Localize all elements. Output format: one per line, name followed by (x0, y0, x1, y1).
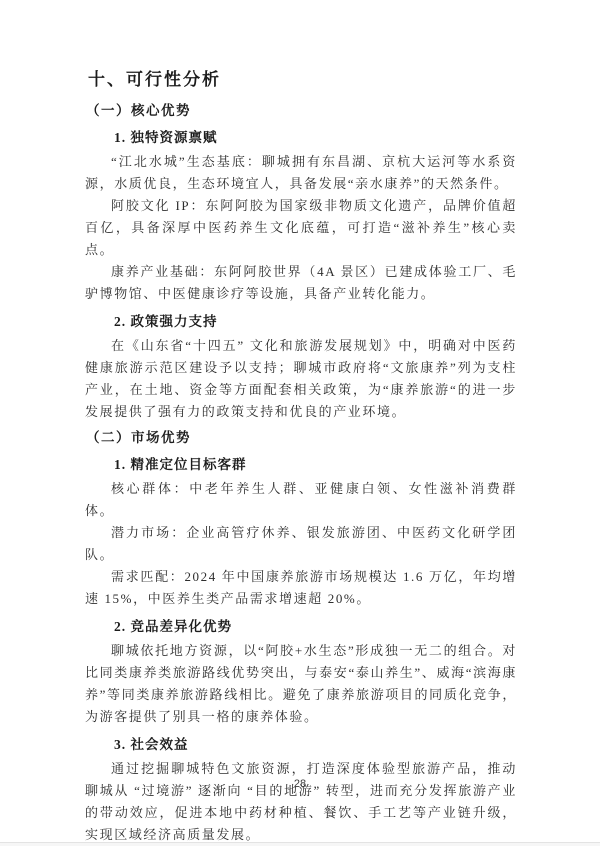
section-heading-market-advantages: （二）市场优势 (86, 428, 517, 448)
body-paragraph: 需求匹配：2024 年中国康养旅游市场规模达 1.6 万亿，年均增速 15%，中… (85, 566, 517, 610)
body-paragraph: 核心群体：中老年养生人群、亚健康白领、女性滋补消费群体。 (85, 478, 517, 522)
body-paragraph: “江北水城”生态基底：聊城拥有东昌湖、京杭大运河等水系资源，水质优良，生态环境宜… (85, 151, 517, 195)
document-page: 十、可行性分析 （一）核心优势 1. 独特资源禀赋 “江北水城”生态基底：聊城拥… (0, 0, 600, 846)
subsection-heading-social-benefits: 3. 社会效益 (114, 735, 517, 755)
body-paragraph: 康养产业基础：东阿阿胶世界（4A 景区）已建成体验工厂、毛驴博物馆、中医健康诊疗… (85, 261, 517, 305)
section-heading-core-advantages: （一）核心优势 (86, 101, 517, 121)
body-paragraph: 聊城依托地方资源，以“阿胶+水生态”形成独一无二的组合。对比同类康养类旅游路线优… (85, 640, 517, 728)
page-number: 28 (0, 778, 600, 790)
subsection-heading-target-customers: 1. 精准定位目标客群 (114, 455, 517, 475)
body-paragraph: 通过挖掘聊城特色文旅资源，打造深度体验型旅游产品，推动聊城从 “过境游” 逐渐向… (85, 758, 517, 846)
body-paragraph: 在《山东省“十四五” 文化和旅游发展规划》中，明确对中医药健康旅游示范区建设予以… (85, 335, 517, 423)
subsection-heading-policy-support: 2. 政策强力支持 (114, 312, 517, 332)
body-paragraph: 阿胶文化 IP：东阿阿胶为国家级非物质文化遗产，品牌价值超百亿，具备深厚中医药养… (85, 195, 517, 261)
body-paragraph: 潜力市场：企业高管疗休养、银发旅游团、中医药文化研学团队。 (85, 522, 517, 566)
subsection-heading-competitive-differentiation: 2. 竞品差异化优势 (114, 617, 517, 637)
document-content: 十、可行性分析 （一）核心优势 1. 独特资源禀赋 “江北水城”生态基底：聊城拥… (85, 68, 517, 846)
subsection-heading-unique-resources: 1. 独特资源禀赋 (114, 128, 517, 148)
page-bottom-edge (0, 842, 600, 846)
document-title: 十、可行性分析 (88, 68, 517, 92)
